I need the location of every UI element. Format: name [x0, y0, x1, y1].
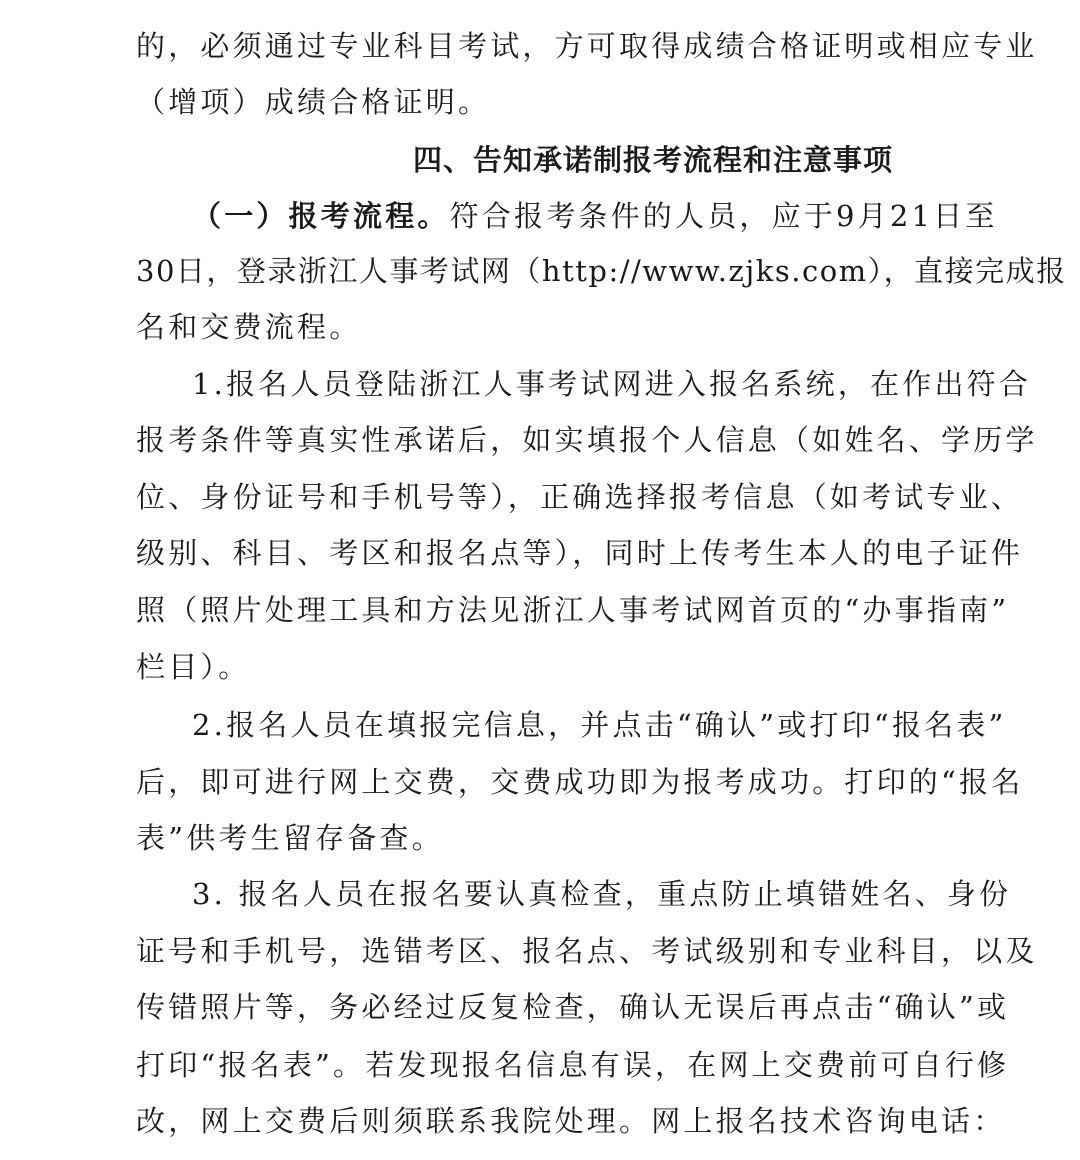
paragraph-line: 3. 报名人员在报名要认真检查，重点防止填错姓名、身份	[136, 874, 942, 914]
paragraph-line: 1.报名人员登陆浙江人事考试网进入报名系统，在作出符合	[136, 364, 942, 404]
paragraph-line: 表”供考生留存备查。	[136, 818, 942, 858]
paragraph-text: 符合报考条件的人员，应于9月21日至	[450, 199, 998, 233]
paragraph-line: 照（照片处理工具和方法见浙江人事考试网首页的“办事指南”	[136, 590, 942, 630]
paragraph-line: （一）报考流程。符合报考条件的人员，应于9月21日至	[136, 196, 942, 236]
paragraph-line: 证号和手机号，选错考区、报名点、考试级别和专业科目，以及	[136, 931, 942, 971]
paragraph-line: 位、身份证号和手机号等），正确选择报考信息（如考试专业、	[136, 477, 942, 517]
paragraph-line: 的，必须通过专业科目考试，方可取得成绩合格证明或相应专业	[136, 26, 942, 66]
paragraph-line: 打印“报名表”。若发现报名信息有误，在网上交费前可自行修	[136, 1045, 942, 1085]
document-page: 的，必须通过专业科目考试，方可取得成绩合格证明或相应专业 （增项）成绩合格证明。…	[0, 0, 1080, 1160]
subsection-label: （一）报考流程。	[192, 199, 450, 233]
paragraph-line: 30日，登录浙江人事考试网（http://www.zjks.com），直接完成报	[136, 251, 942, 291]
paragraph-line: 栏目）。	[136, 647, 942, 687]
paragraph-line: 后，即可进行网上交费，交费成功即为报考成功。打印的“报名	[136, 762, 942, 802]
paragraph-line: （增项）成绩合格证明。	[136, 82, 942, 122]
paragraph-line: 名和交费流程。	[136, 307, 942, 347]
paragraph-line: 改，网上交费后则须联系我院处理。网上报名技术咨询电话：	[136, 1101, 942, 1141]
paragraph-line: 报考条件等真实性承诺后，如实填报个人信息（如姓名、学历学	[136, 420, 942, 460]
paragraph-line: 传错照片等，务必经过反复检查，确认无误后再点击“确认”或	[136, 987, 942, 1027]
paragraph-line: 级别、科目、考区和报名点等），同时上传考生本人的电子证件	[136, 533, 942, 573]
section-heading: 四、告知承诺制报考流程和注意事项	[413, 140, 883, 180]
paragraph-line: 2.报名人员在填报完信息，并点击“确认”或打印“报名表”	[136, 705, 942, 745]
